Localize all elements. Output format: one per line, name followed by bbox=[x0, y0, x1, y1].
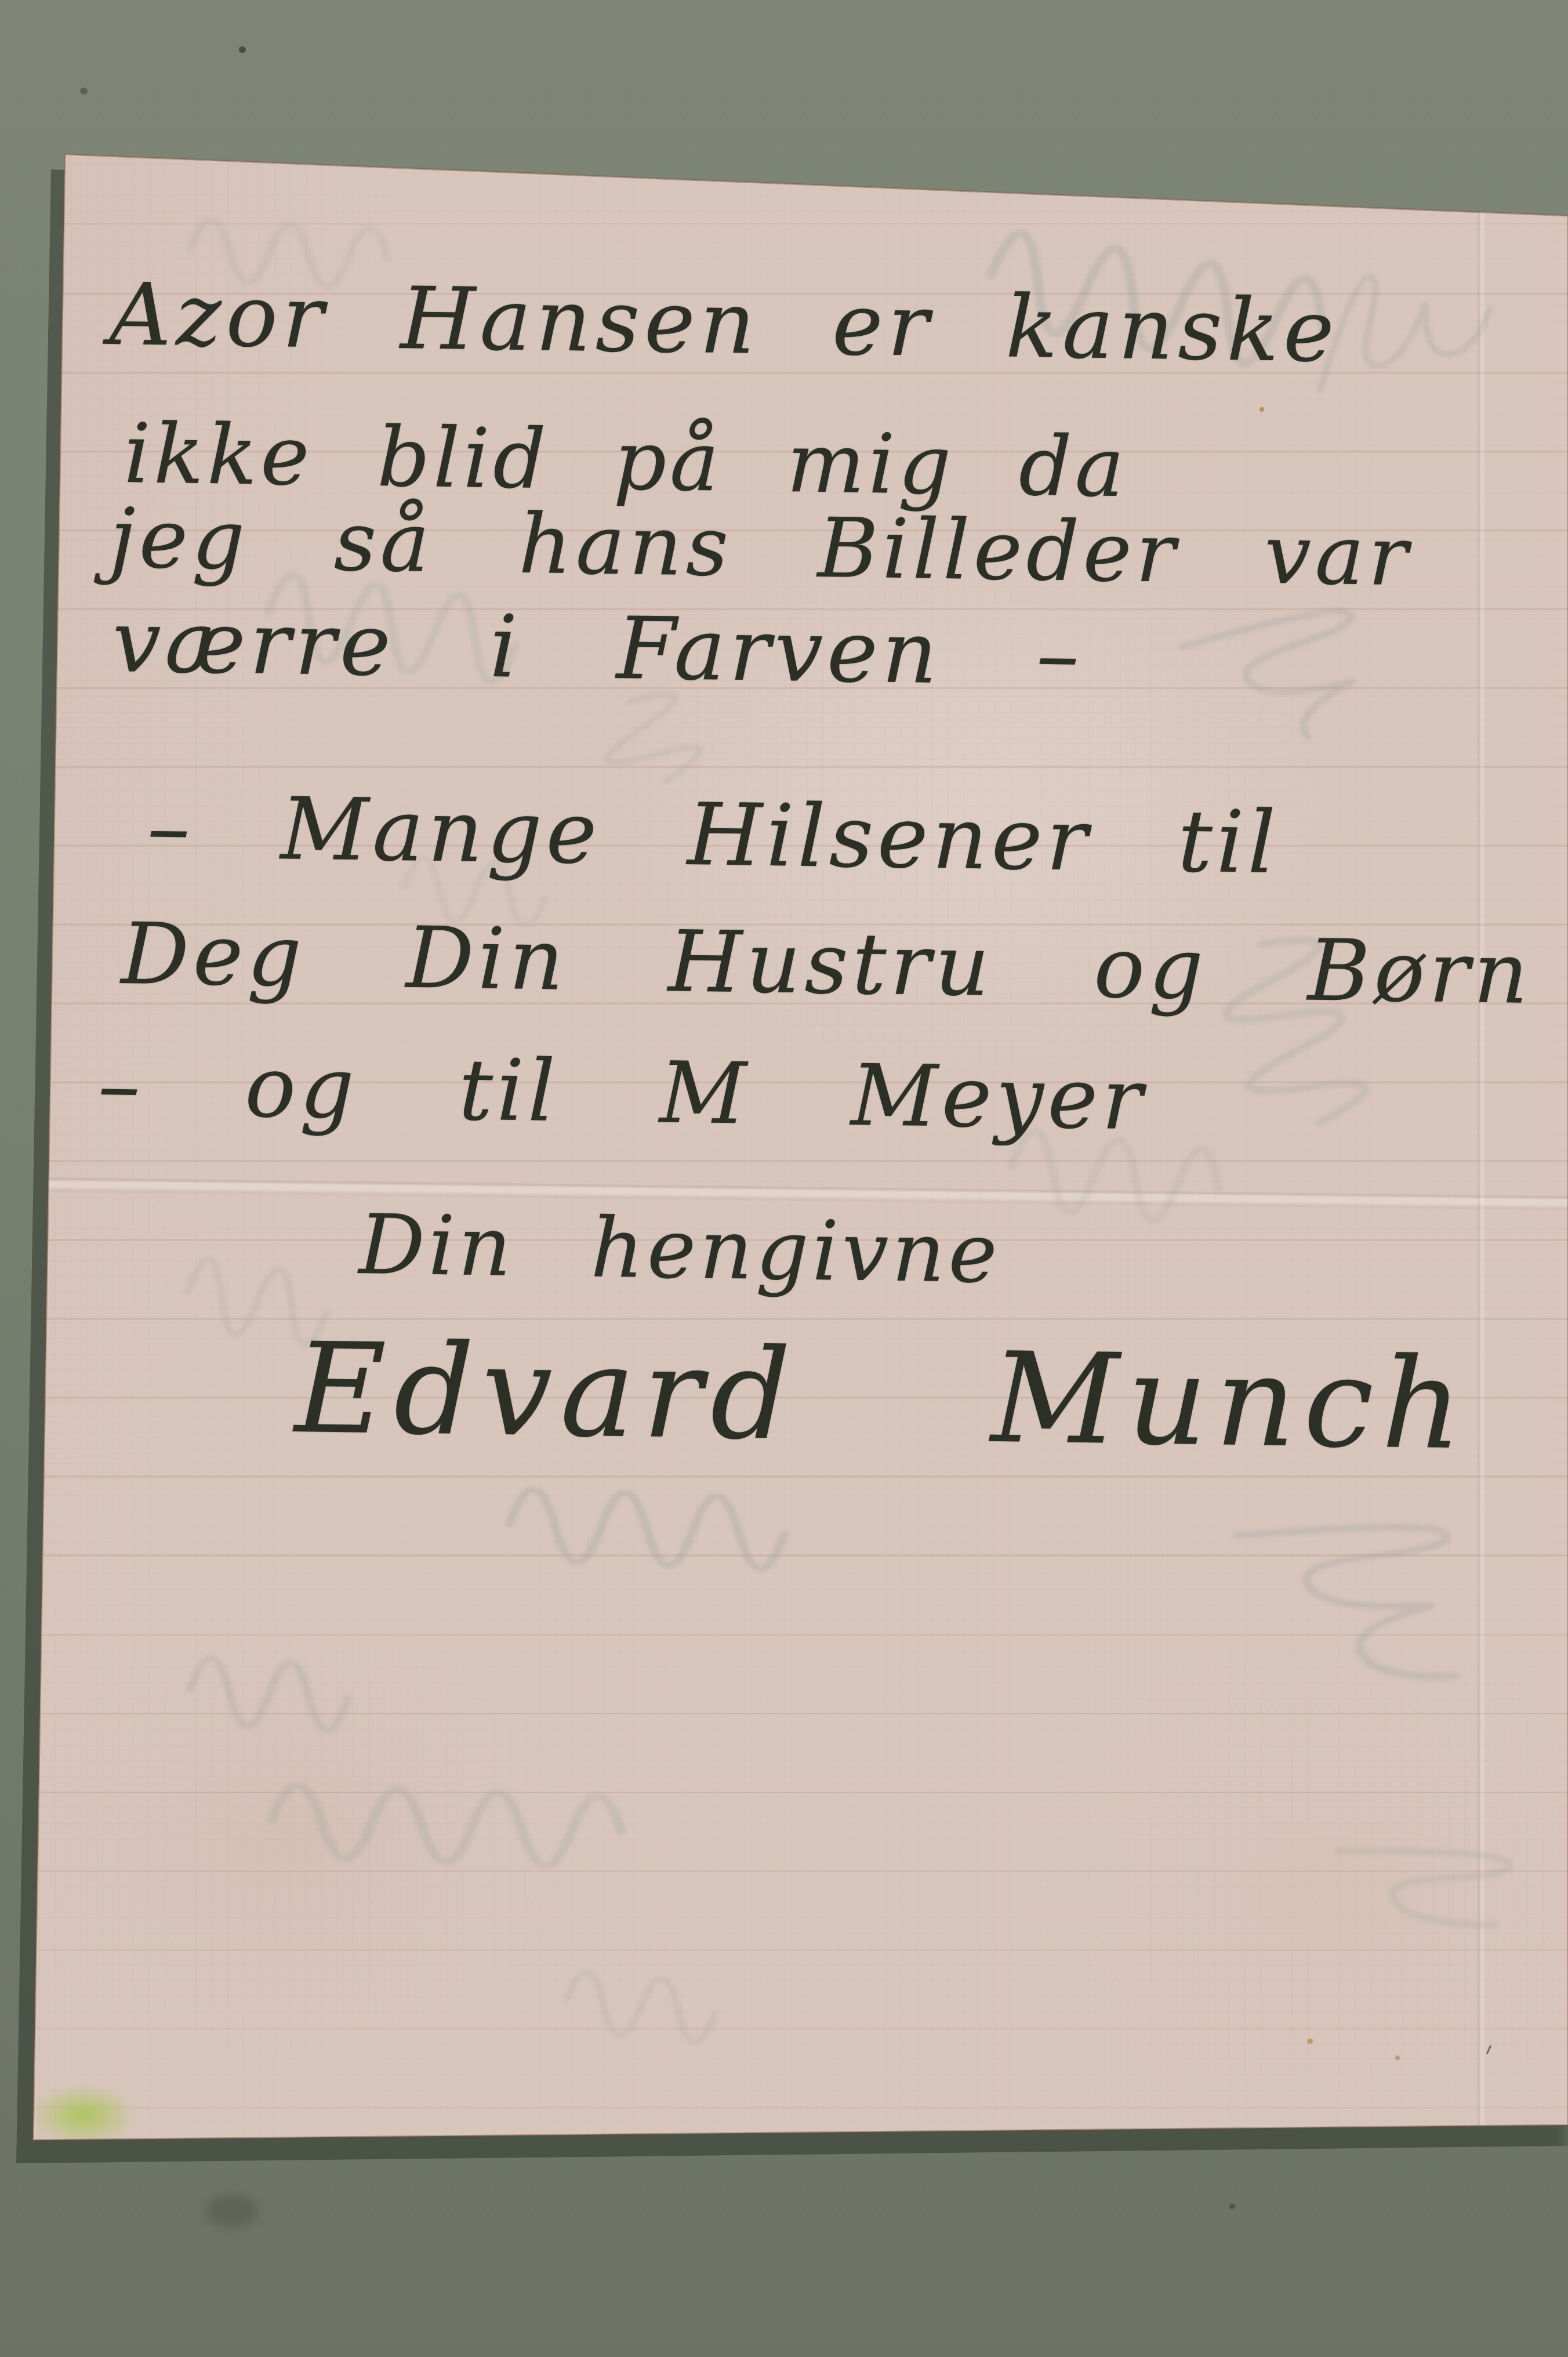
paper-edge-outline bbox=[0, 0, 1568, 2357]
scanned-letter-page: Azor Hansen er kanske ikke blid på mig d… bbox=[0, 0, 1568, 2357]
